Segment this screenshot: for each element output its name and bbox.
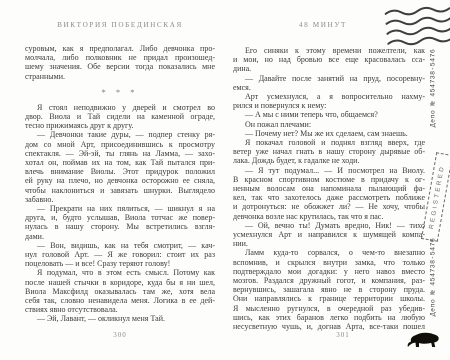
right-page-text-block: Его синяки к этому времени пожелтели, ка… xyxy=(233,46,425,331)
text-line: В красном спортивном костюме в придачу к… xyxy=(233,175,425,184)
text-line: кел, так что захотелось даже рассмотреть… xyxy=(233,193,425,202)
text-line: ветер уже начал гнать в нашу сторону дыр… xyxy=(233,147,425,156)
left-page-body-paragraphs: Я стоял неподвижно у дверей и смотрел во… xyxy=(25,103,215,324)
text-line: Я стоял неподвижно у дверей и смотрел во xyxy=(25,103,215,112)
text-line: и мои, но над бровью все еще красовалась… xyxy=(233,55,425,64)
text-line: влечь внимание Виолы. Этот придурок поло… xyxy=(25,167,215,176)
text-line: Арт усмехнулся, а я вопросительно нахму- xyxy=(233,92,425,101)
text-line: ей руку на плечо, но девчонка осторожно … xyxy=(25,176,215,185)
text-line: — Эй, Лавант, — окликнул меня Тай. xyxy=(25,314,215,323)
left-page-intro-paragraph: суровым, как я предполагал. Либо девчонк… xyxy=(25,44,215,81)
text-line: шему значения. Обе версии тогда показали… xyxy=(25,62,215,71)
text-line: нулась в нашу сторону. Мы встретились вз… xyxy=(25,222,215,231)
left-page-running-header: ВИКТОРИЯ ПОБЕДИНСКАЯ xyxy=(25,21,215,31)
text-line: странными. xyxy=(25,72,215,81)
text-line: забавно. xyxy=(25,195,215,204)
text-line: Он пожал плечами: xyxy=(233,120,425,129)
text-line: поцеловать — и все! Сразу теряют голову! xyxy=(25,259,215,268)
text-line: ствиях явно отсутствовала. xyxy=(25,305,215,314)
text-line: Я покачал головой и поднял взгляд вверх,… xyxy=(233,138,425,147)
grazing-animal-silhouette-icon xyxy=(406,330,442,350)
text-line: вспомнив, и скрылся внутри замка, что то… xyxy=(233,258,425,267)
text-line: дом со мной Арт, присоединившись к просм… xyxy=(25,140,215,149)
text-line: мозгов. Раздался дружный гогот, и компан… xyxy=(233,276,425,285)
text-line: — Прекрати на них пялиться, — шикнул я н… xyxy=(25,204,215,213)
text-line: чтобы наклониться и завязать шнурки. Выг… xyxy=(25,186,215,195)
text-line: — Давайте после занятий на пруд, посорев… xyxy=(233,74,425,83)
depot-number-stamp-bottom: Депо № 454738-5476 xyxy=(430,238,437,316)
text-line: друга, и, будто услышав, Виола тотчас же… xyxy=(25,213,215,222)
text-line: Виола Максфилд оказывалась там же, хотя … xyxy=(25,287,215,296)
text-line: дина. xyxy=(233,64,425,73)
text-line: девчонка возле нас крутилась, так что я … xyxy=(233,212,425,221)
text-line: суровым, как я предполагал. Либо девчонк… xyxy=(25,44,215,53)
text-line: рился и повернулся к нему: xyxy=(233,101,425,110)
text-line: усмехнулся Арт и направился к шумящей ко… xyxy=(233,230,425,239)
text-line: тесно прижимаясь друг к другу. xyxy=(25,121,215,130)
section-separator: * * * xyxy=(25,81,215,103)
text-line: — Ой, вечно ты! Думать вредно, Ник! — ти… xyxy=(233,221,425,230)
text-line: Они направлялись к границе территории шк… xyxy=(233,294,425,303)
text-line: шись, как этих баранов легко подбить на … xyxy=(233,313,425,322)
left-page-number: 300 xyxy=(25,331,215,340)
text-line: — Почему нет? Мы же их сделаем, сам знае… xyxy=(233,129,425,138)
text-line: нул головой Арт. — Я же говорил: стоит и… xyxy=(25,250,215,259)
text-line: лака. Дождь будет, к гадалке не ходи. xyxy=(233,156,425,165)
text-line: Я подумал, что в этом есть смысл. Потому… xyxy=(25,268,215,277)
text-line: дами. xyxy=(25,232,215,241)
depot-number-stamp-top: Депо № 454738-5476 xyxy=(430,49,437,127)
text-line: Ламм куда-то сорвался, о чем-то внезапно xyxy=(233,248,425,257)
text-line: — Девчонки такие дуры, — подпер стенку р… xyxy=(25,130,215,139)
text-line: ненным волосам она напоминала пылающий ф… xyxy=(233,184,425,193)
text-line: двор. Виола и Тай сидели на каменной огр… xyxy=(25,112,215,121)
text-line: молчала, либо полковник не придал произо… xyxy=(25,53,215,62)
text-line: — А мы с ними теперь что, общаемся? xyxy=(233,110,425,119)
book-spread-scan: { "left_page": { "header": "ВИКТОРИЯ ПОБ… xyxy=(0,0,450,360)
left-page-text-block: суровым, как я предполагал. Либо девчонк… xyxy=(25,44,215,324)
text-line: хотал он, поймав их на том, как Тай пыта… xyxy=(25,158,215,167)
text-line: — Я тут подумал... — И посмотрел на Виол… xyxy=(233,166,425,175)
text-line: — Вон, видишь, как на тебя смотрит, — ка… xyxy=(25,241,215,250)
registered-stamp: REGISTERED xyxy=(421,152,450,242)
text-line: после нашей стычки в коридоре, куда бы я… xyxy=(25,278,215,287)
right-page-body-paragraphs: Его синяки к этому времени пожелтели, ка… xyxy=(233,46,425,331)
text-line: нии. xyxy=(233,239,425,248)
text-line: себя так, словно ненавидела меня. Логика… xyxy=(25,296,215,305)
text-line: и дотронуться: не обожжет ли? — Не хочу,… xyxy=(233,202,425,211)
text-line: подтверждало мои догадки: у него навоз в… xyxy=(233,267,425,276)
text-line: Я мысленно ругнулся, в очередной раз убе… xyxy=(233,304,425,313)
text-line: спектакля. — Эй-эй, ты глянь на Ламма, —… xyxy=(25,149,215,158)
text-line: вернувшись, зашагала явно не в сторону п… xyxy=(233,285,425,294)
text-line: емся. xyxy=(233,83,425,92)
text-line: несусветную чушь, и, догнав Арта, все-та… xyxy=(233,322,425,331)
postmark-wavy-lines-icon xyxy=(384,2,450,54)
